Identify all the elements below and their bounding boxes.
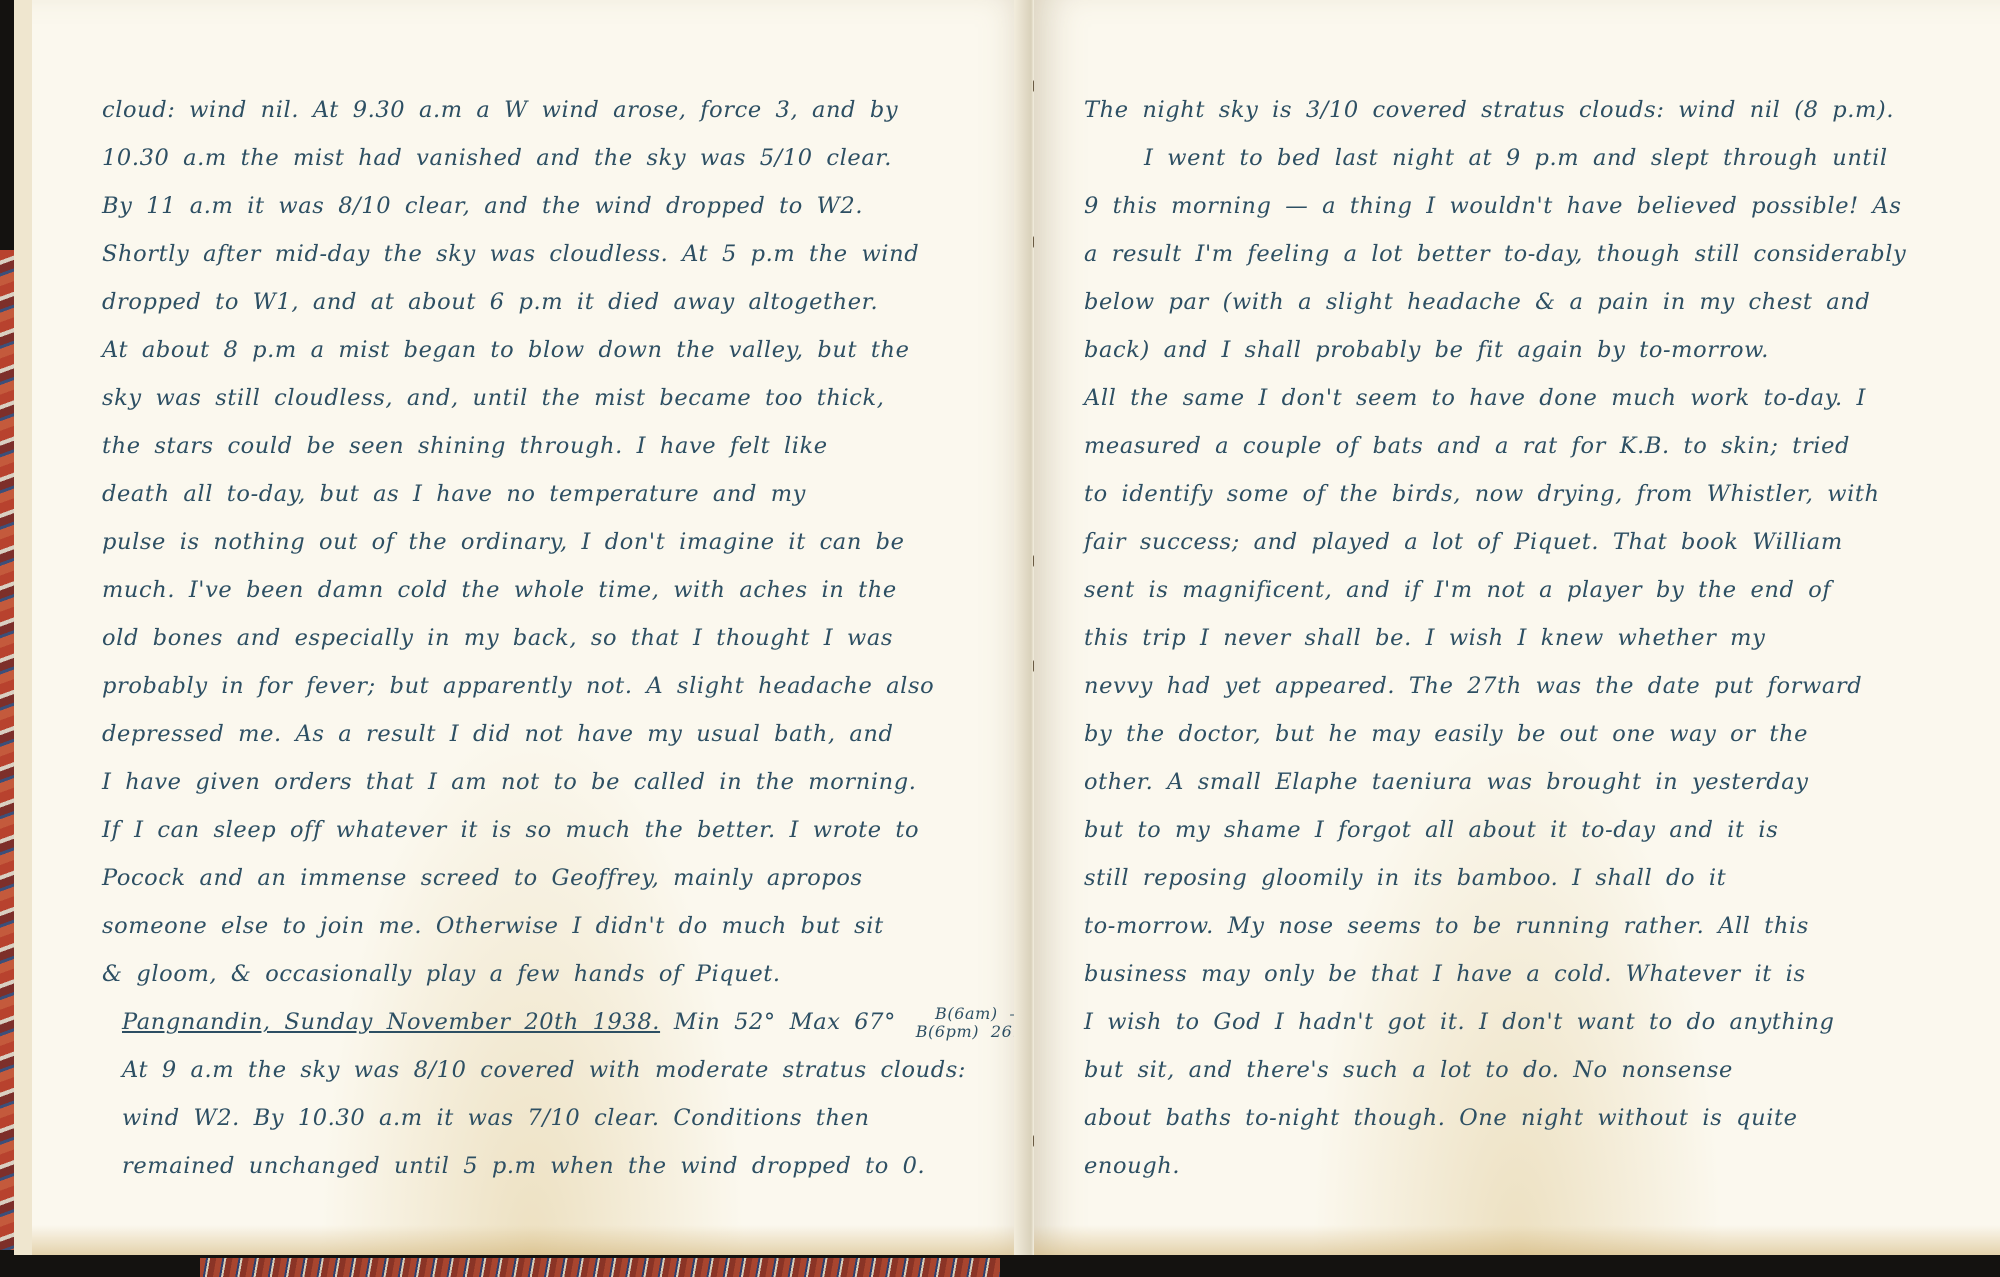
left-page: cloud: wind nil. At 9.30 a.m a W wind ar… bbox=[14, 0, 1032, 1255]
diary-line: Shortly after mid-day the sky was cloudl… bbox=[102, 230, 1012, 278]
diary-line: below par (with a slight headache & a pa… bbox=[1084, 278, 1980, 326]
diary-line: At 9 a.m the sky was 8/10 covered with m… bbox=[102, 1046, 1012, 1094]
diary-line: enough. bbox=[1084, 1142, 1980, 1190]
entry-place-date: Pangnandin, Sunday November 20th 1938. bbox=[122, 1009, 660, 1035]
diary-line: business may only be that I have a cold.… bbox=[1084, 950, 1980, 998]
diary-line: this trip I never shall be. I wish I kne… bbox=[1084, 614, 1980, 662]
diary-line: & gloom, & occasionally play a few hands… bbox=[102, 950, 1012, 998]
right-page-text: The night sky is 3/10 covered stratus cl… bbox=[1084, 86, 1980, 1190]
diary-line: If I can sleep off whatever it is so muc… bbox=[102, 806, 1012, 854]
diary-line: At about 8 p.m a mist began to blow down… bbox=[102, 326, 1012, 374]
entry-heading: Pangnandin, Sunday November 20th 1938. M… bbox=[102, 998, 1012, 1046]
diary-line: back) and I shall probably be fit again … bbox=[1084, 326, 1980, 374]
max-temperature: Max 67° bbox=[790, 1009, 896, 1035]
diary-line: remained unchanged until 5 p.m when the … bbox=[102, 1142, 1012, 1190]
diary-line: I have given orders that I am not to be … bbox=[102, 758, 1012, 806]
diary-line: fair success; and played a lot of Piquet… bbox=[1084, 518, 1980, 566]
diary-line: probably in for fever; but apparently no… bbox=[102, 662, 1012, 710]
diary-line: much. I've been damn cold the whole time… bbox=[102, 566, 1012, 614]
diary-line: depressed me. As a result I did not have… bbox=[102, 710, 1012, 758]
diary-line: about baths to-night though. One night w… bbox=[1084, 1094, 1980, 1142]
diary-line: old bones and especially in my back, so … bbox=[102, 614, 1012, 662]
diary-line: a result I'm feeling a lot better to-day… bbox=[1084, 230, 1980, 278]
diary-line: the stars could be seen shining through.… bbox=[102, 422, 1012, 470]
page-foxing bbox=[1034, 1225, 2000, 1255]
diary-line: I went to bed last night at 9 p.m and sl… bbox=[1084, 134, 1980, 182]
diary-line: still reposing gloomily in its bamboo. I… bbox=[1084, 854, 1980, 902]
diary-line: by the doctor, but he may easily be out … bbox=[1084, 710, 1980, 758]
diary-line: to-morrow. My nose seems to be running r… bbox=[1084, 902, 1980, 950]
diary-line: I wish to God I hadn't got it. I don't w… bbox=[1084, 998, 1980, 1046]
diary-line: Pocock and an immense screed to Geoffrey… bbox=[102, 854, 1012, 902]
left-page-text: cloud: wind nil. At 9.30 a.m a W wind ar… bbox=[102, 86, 1012, 1190]
diary-line: sent is magnificent, and if I'm not a pl… bbox=[1084, 566, 1980, 614]
diary-line: sky was still cloudless, and, until the … bbox=[102, 374, 1012, 422]
diary-line: All the same I don't seem to have done m… bbox=[1084, 374, 1980, 422]
diary-line: measured a couple of bats and a rat for … bbox=[1084, 422, 1980, 470]
diary-line: 10.30 a.m the mist had vanished and the … bbox=[102, 134, 1012, 182]
diary-line: but sit, and there's such a lot to do. N… bbox=[1084, 1046, 1980, 1094]
diary-line: someone else to join me. Otherwise I did… bbox=[102, 902, 1012, 950]
diary-line: but to my shame I forgot all about it to… bbox=[1084, 806, 1980, 854]
diary-line: The night sky is 3/10 covered stratus cl… bbox=[1084, 86, 1980, 134]
min-temperature: Min 52° bbox=[674, 1009, 776, 1035]
diary-line: cloud: wind nil. At 9.30 a.m a W wind ar… bbox=[102, 86, 1012, 134]
right-page: The night sky is 3/10 covered stratus cl… bbox=[1034, 0, 2000, 1255]
diary-line: dropped to W1, and at about 6 p.m it die… bbox=[102, 278, 1012, 326]
notebook-spread: cloud: wind nil. At 9.30 a.m a W wind ar… bbox=[14, 0, 2000, 1255]
diary-line: to identify some of the birds, now dryin… bbox=[1084, 470, 1980, 518]
diary-line: death all to-day, but as I have no tempe… bbox=[102, 470, 1012, 518]
page-foxing bbox=[32, 1225, 1032, 1255]
diary-line: 9 this morning — a thing I wouldn't have… bbox=[1084, 182, 1980, 230]
diary-line: pulse is nothing out of the ordinary, I … bbox=[102, 518, 1012, 566]
diary-line: wind W2. By 10.30 a.m it was 7/10 clear.… bbox=[102, 1094, 1012, 1142]
diary-line: By 11 a.m it was 8/10 clear, and the win… bbox=[102, 182, 1012, 230]
marbled-book-edge-bottom bbox=[200, 1258, 1000, 1277]
diary-line: nevvy had yet appeared. The 27th was the… bbox=[1084, 662, 1980, 710]
diary-line: other. A small Elaphe taeniura was broug… bbox=[1084, 758, 1980, 806]
